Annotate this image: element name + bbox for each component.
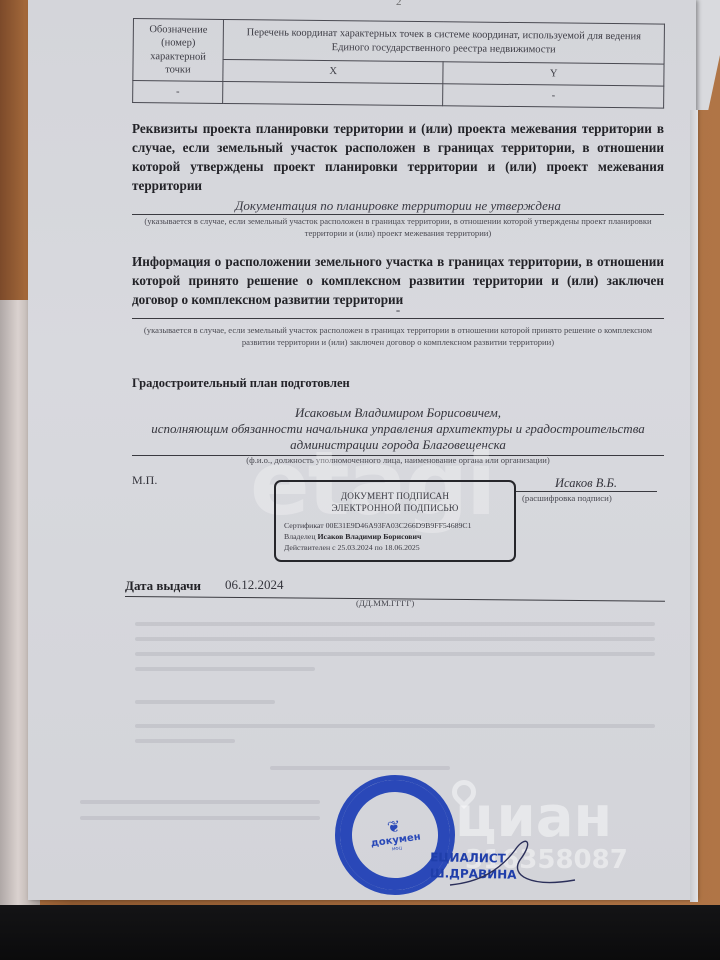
issue-date-hint: (ДД.ММ.ГГГГ) [356,598,414,608]
bleed-through-text [135,637,655,641]
col-x-header: X [223,59,444,83]
coordinates-group-header: Перечень координат характерных точек в с… [223,19,664,64]
cell-x [223,81,444,105]
seal-place-label: М.П. [132,473,157,488]
issue-date-value: 06.12.2024 [225,577,284,593]
esign-certificate: Сертификат 00E31E9D46A93FA03C266D9B9FF54… [284,520,514,531]
signer-name-hint: (расшифровка подписи) [522,493,612,503]
complex-development-value: - [132,302,664,319]
signer-name: Исаков В.Б. [515,476,657,492]
bleed-through-text [135,652,655,656]
cell-y: - [443,84,664,108]
col-y-header: Y [443,62,664,86]
bleed-through-text [135,622,655,626]
complex-development-hint: (указывается в случае, если земельный уч… [132,324,664,348]
esign-validity: Действителен с 25.03.2024 по 18.06.2025 [284,542,514,553]
bleed-through-text [80,800,320,804]
page-number: 2 [396,0,402,8]
stamp-center-text: МФЦ [392,845,403,851]
handwritten-signature [440,830,580,900]
electronic-signature-box: ДОКУМЕНТ ПОДПИСАН ЭЛЕКТРОННОЙ ПОДПИСЬЮ С… [274,480,516,562]
bleed-through-text [135,667,315,671]
cell-point: - [133,81,223,104]
esign-title-line2: ЭЛЕКТРОННОЙ ПОДПИСЬЮ [276,502,514,514]
esign-owner: Владелец Исаков Владимир Борисович [284,531,514,542]
prepared-title: Градостроительный план подготовлен [132,376,350,391]
col-point-header: Обозначение (номер) характерной точки [133,19,224,82]
planning-project-title: Реквизиты проекта планировки территории … [132,119,664,195]
planning-project-hint: (указывается в случае, если земельный уч… [132,215,664,239]
planning-project-value: Документация по планировке территории не… [132,198,664,215]
coordinates-table: Обозначение (номер) характерной точки Пе… [132,18,665,109]
bleed-through-text [135,739,235,743]
bleed-through-text [80,816,320,820]
bleed-through-text [270,766,450,770]
complex-development-title: Информация о расположении земельного уча… [132,252,664,309]
bleed-through-text [135,724,655,728]
dark-surface [0,905,720,960]
preparer-name: Исаковым Владимиром Борисовичем, [132,405,664,421]
page-stack-edge [690,110,698,902]
esign-title-line1: ДОКУМЕНТ ПОДПИСАН [276,490,514,502]
bleed-through-text [135,700,275,704]
issue-date-label: Дата выдачи [125,578,201,594]
